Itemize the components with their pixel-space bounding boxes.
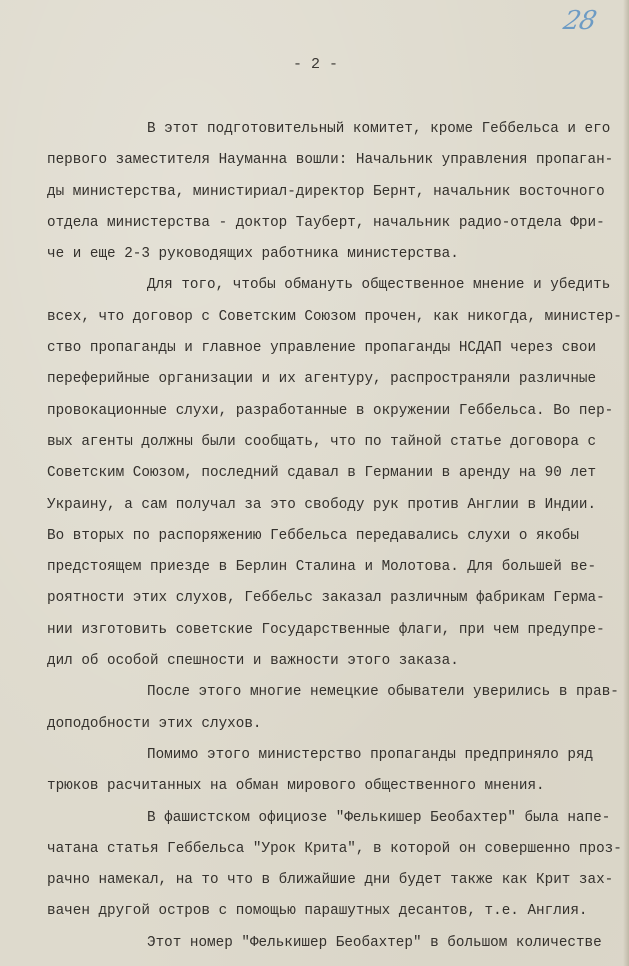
text-line: роятности этих слухов, Геббельс заказал …	[47, 583, 607, 614]
text-line: всех, что договор с Советским Союзом про…	[47, 302, 607, 333]
paragraph: В этот подготовительный комитет, кроме Г…	[47, 114, 607, 270]
text-line: переферийные организации и их агентуру, …	[47, 364, 607, 395]
document-page: 28 - 2 - В этот подготовительный комитет…	[0, 0, 629, 966]
text-line: Во вторых по распоряжению Геббельса пере…	[47, 521, 607, 552]
paragraph: Для того, чтобы обмануть общественное мн…	[47, 270, 607, 677]
text-line: вачен другой остров с помощью парашутных…	[47, 896, 607, 927]
text-line: Этот номер "Фелькишер Беобахтер" в больш…	[47, 928, 607, 959]
text-line: ство пропаганды и главное управление про…	[47, 333, 607, 364]
text-line: дил об особой спешности и важности этого…	[47, 646, 607, 677]
archive-folio-number: 28	[561, 6, 598, 36]
text-line: Помимо этого министерство пропаганды пре…	[47, 740, 607, 771]
page-number: - 2 -	[0, 56, 629, 73]
paragraph: После этого многие немецкие обыватели ув…	[47, 677, 607, 740]
text-line: провокационные слухи, разработанные в ок…	[47, 396, 607, 427]
text-line: вых агенты должны были сообщать, что по …	[47, 427, 607, 458]
text-line: Советским Союзом, последний сдавал в Гер…	[47, 458, 607, 489]
text-line: рачно намекал, на то что в ближайшие дни…	[47, 865, 607, 896]
text-line: В этот подготовительный комитет, кроме Г…	[47, 114, 607, 145]
page-edge-shadow	[623, 0, 629, 966]
text-line: отдела министерства - доктор Тауберт, на…	[47, 208, 607, 239]
text-line: чатана статья Геббельса "Урок Крита", в …	[47, 834, 607, 865]
text-line: трюков расчитанных на обман мирового общ…	[47, 771, 607, 802]
text-line: первого заместителя Науманна вошли: Нача…	[47, 145, 607, 176]
paragraph: В фашистском официозе "Фелькишер Беобахт…	[47, 803, 607, 928]
document-body: В этот подготовительный комитет, кроме Г…	[47, 114, 607, 959]
text-line: В фашистском официозе "Фелькишер Беобахт…	[47, 803, 607, 834]
text-line: После этого многие немецкие обыватели ув…	[47, 677, 607, 708]
text-line: ды министерства, министириал-директор Бе…	[47, 177, 607, 208]
text-line: че и еще 2-3 руководящих работника минис…	[47, 239, 607, 270]
text-line: доподобности этих слухов.	[47, 709, 607, 740]
paragraph: Этот номер "Фелькишер Беобахтер" в больш…	[47, 928, 607, 959]
paragraph: Помимо этого министерство пропаганды пре…	[47, 740, 607, 803]
text-line: нии изготовить советские Государственные…	[47, 615, 607, 646]
text-line: Украину, а сам получал за это свободу ру…	[47, 490, 607, 521]
text-line: предстоящем приезде в Берлин Сталина и М…	[47, 552, 607, 583]
text-line: Для того, чтобы обмануть общественное мн…	[47, 270, 607, 301]
